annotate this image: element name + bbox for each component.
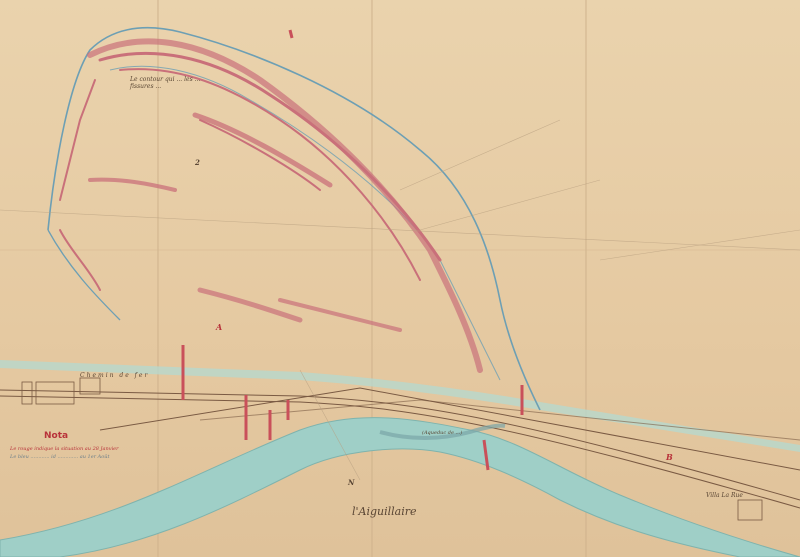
aqueduct-label: (Aqueduc de ...) bbox=[422, 430, 462, 436]
historical-map: Le contour qui ... les ... fissures ... … bbox=[0, 0, 800, 557]
annotation-top: Le contour qui ... les ... fissures ... bbox=[130, 76, 210, 90]
nota-title: Nota bbox=[44, 431, 68, 441]
railway-label: Chemin de fer bbox=[80, 372, 149, 379]
villa-label: Villa La Rue bbox=[706, 492, 743, 499]
river bbox=[0, 418, 800, 557]
marker-2: 2 bbox=[195, 158, 200, 167]
nota-line-1: Le rouge indique la situation au 28 Janv… bbox=[10, 446, 119, 452]
marker-n: N bbox=[348, 478, 354, 487]
nota-line-2: Le bleu ............ id ............. au… bbox=[10, 454, 110, 460]
landslide-boundary bbox=[48, 28, 540, 410]
marker-a: A bbox=[216, 322, 222, 332]
marker-b: B bbox=[666, 452, 673, 462]
map-drawing bbox=[0, 0, 800, 557]
place-label-aiguillaire: l'Aiguillaire bbox=[352, 505, 417, 518]
